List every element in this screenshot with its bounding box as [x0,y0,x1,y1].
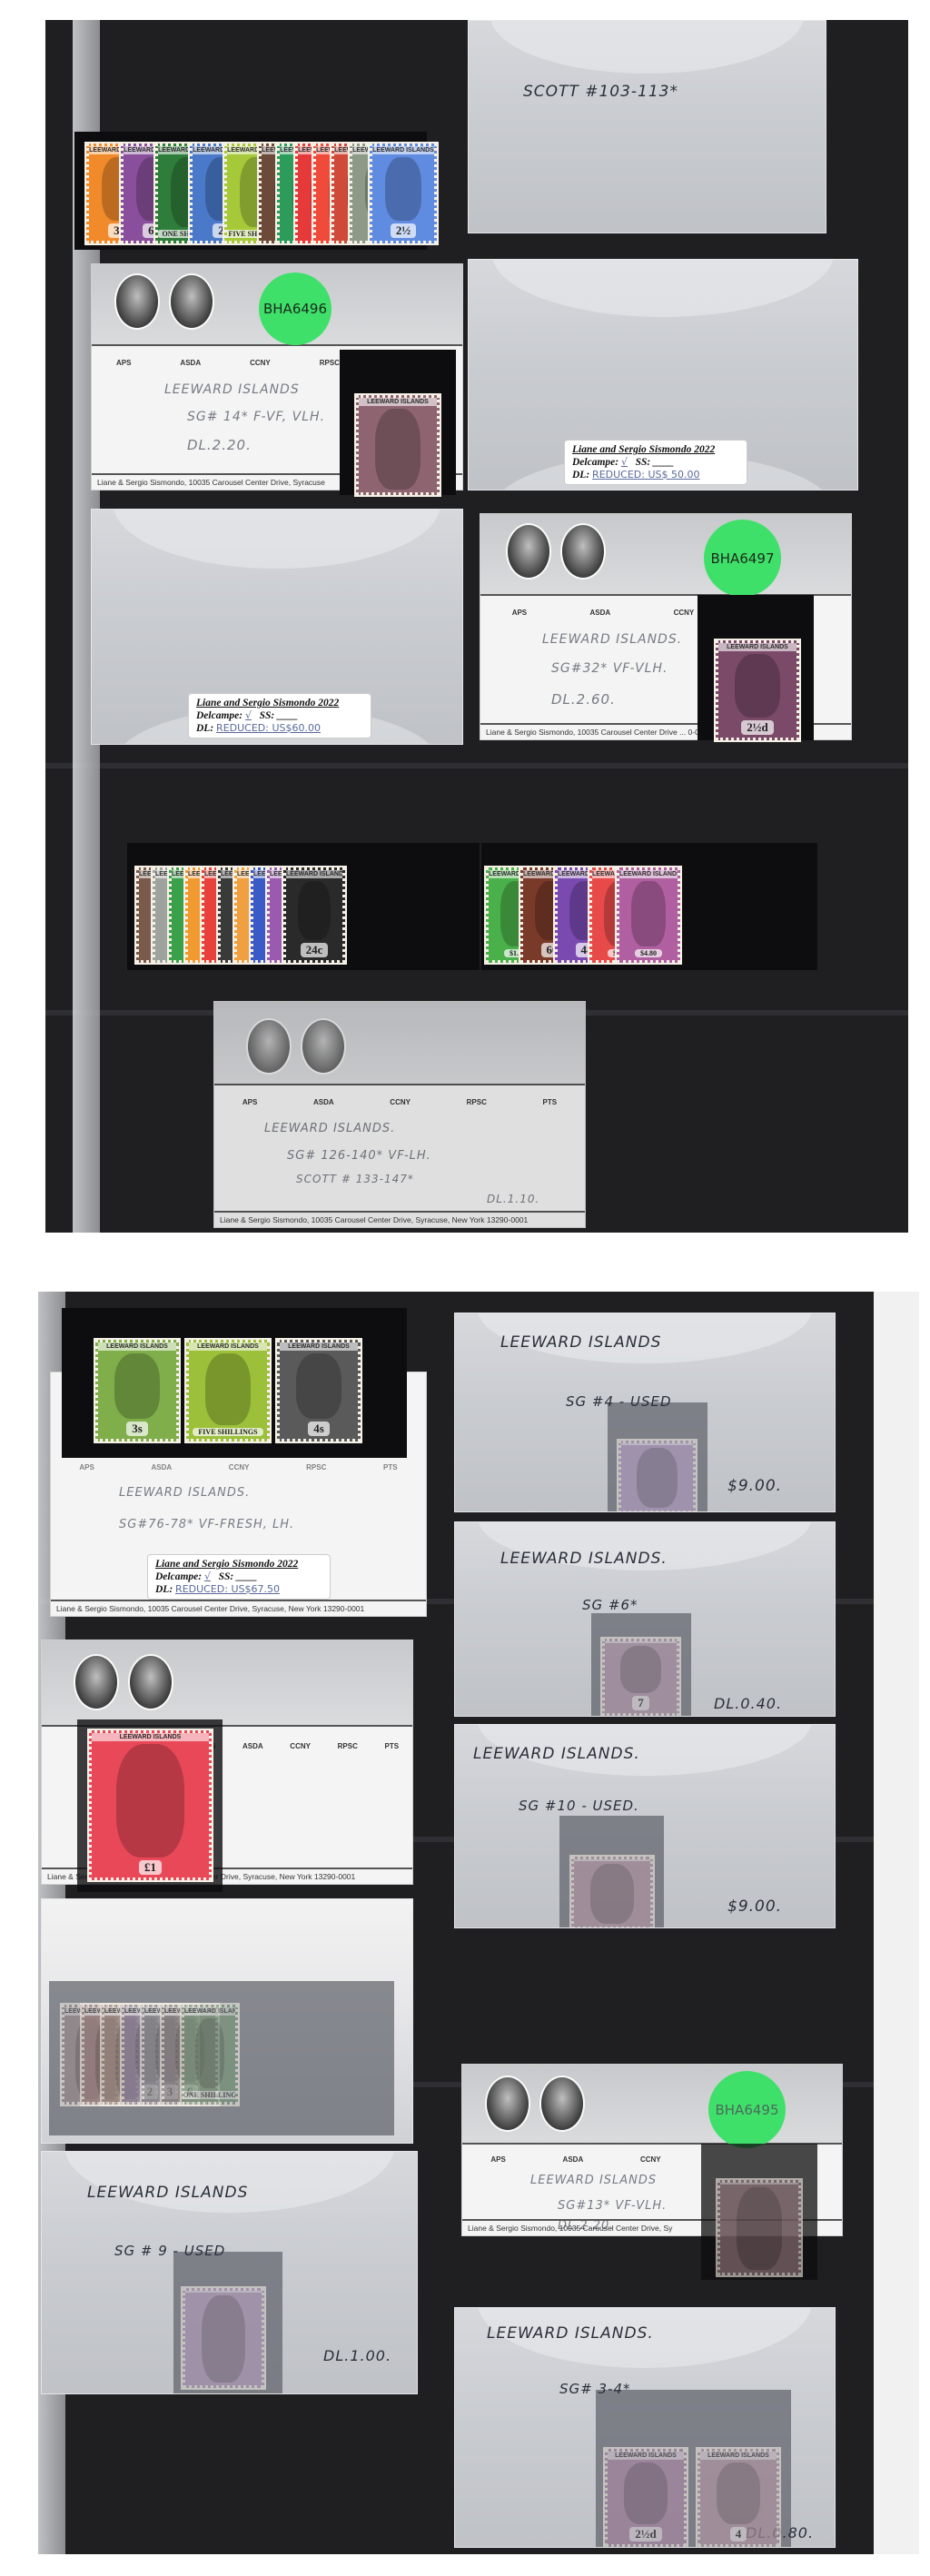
card-footer: Liane & Sergio Sismondo, 10035 Carousel … [51,1600,426,1616]
card-sg126-140[interactable]: APSASDACCNYRPSCPTS LEEWARD ISLANDS. SG# … [213,1001,586,1228]
org-label: APS [512,609,527,617]
price-label: Liane and Sergio Sismondo 2022 Delcampe:… [189,694,371,738]
org-list: APSASDACCNYRPSCPTS [51,1463,426,1471]
org-label: PTS [543,1098,558,1106]
portrait-queen [128,1654,173,1710]
card-line-country: LEEWARD ISLANDS [164,382,300,397]
org-label: CCNY [674,609,695,617]
envelope-line-price: $9.00. [727,1477,782,1495]
card-line-price: DL.2.60. [551,691,616,708]
org-list: APSASDACCNY [480,609,726,617]
org-label: CCNY [229,1463,250,1471]
stamp-sg13[interactable] [717,2180,801,2275]
envelope-line-catalog: SG #10 - USED. [519,1798,639,1814]
org-label: APS [79,1463,94,1471]
card-line-scott: SCOTT # 133-147* [296,1173,414,1185]
envelope-sg4[interactable]: LEEWARD ISLANDS SG #4 - USED $9.00. [454,1313,836,1512]
card-line-price: DL.1.10. [487,1193,539,1205]
envelope-scott-103-113[interactable]: SCOTT #103-113* [468,20,826,233]
stamp[interactable]: LEEWARD ISLANDS2½d [605,2449,687,2547]
card-line-catalog: SG#76-78* VF-FRESH, LH. [119,1518,294,1531]
org-list: APSASDACCNYRPSC [92,359,364,367]
stamp-sg32[interactable]: LEEWARD ISLANDS2½d [716,640,799,740]
portrait-queen [539,2076,585,2132]
envelope-sg6[interactable]: LEEWARD ISLANDS. SG #6* DL.0.40. 7 [454,1521,836,1717]
envelope-note: SCOTT #103-113* [523,83,678,101]
card-line-catalog: SG#13* VF-VLH. [558,2199,667,2213]
org-label: RPSC [467,1098,487,1106]
org-list: APSASDACCNY [462,2155,689,2164]
org-label: CCNY [290,1742,311,1750]
org-label: RPSC [306,1463,326,1471]
portrait-washington [114,273,160,330]
stamp[interactable]: LEEWARD ISLANDS4 [697,2449,779,2547]
stamp-sg6[interactable]: 7 [602,1639,679,1716]
stamp[interactable]: LEEWARD ISLANDSONE SHILLING [182,2005,238,2105]
envelope-line-country: LEEWARD ISLANDS. [487,2324,654,2343]
org-label: PTS [385,1742,400,1750]
org-label: APS [116,359,131,367]
card-line-catalog: SG#32* VF-VLH. [551,661,668,676]
portrait-queen [169,273,214,330]
portrait-queen [301,1018,346,1075]
price-label: Liane and Sergio Sismondo 2022 Delcampe:… [148,1555,330,1599]
org-list: APSASDACCNYRPSCPTS [214,1098,585,1106]
stamp[interactable]: LEEWARD ISLANDS24c [283,867,345,963]
org-label: CCNY [640,2155,661,2164]
envelope-line-country: LEEWARD ISLANDS. [473,1745,640,1763]
org-label: ASDA [563,2155,584,2164]
envelope-line-catalog: SG #6* [582,1597,638,1613]
stamp[interactable]: LEEWARD ISLANDS3s [95,1340,179,1442]
card-line-catalog: SG# 14* F-VF, VLH. [187,410,325,424]
org-label: APS [490,2155,505,2164]
price-label: Liane and Sergio Sismondo 2022 Delcampe:… [565,441,747,484]
stamp-pound[interactable]: LEEWARD ISLANDS£1 [89,1730,212,1880]
card-line-country: LEEWARD ISLANDS. [119,1486,250,1500]
page-edge-right [874,1292,919,2554]
stamp-sg14[interactable]: LEEWARD ISLANDS [356,395,440,495]
card-line-country: LEEWARD ISLANDS [530,2174,657,2187]
org-label: APS [242,1098,257,1106]
stamp[interactable]: LEEWARD ISLANDS$4.80 [617,867,680,963]
envelope-line-catalog: SG# 3-4* [559,2381,630,2397]
envelope-line-catalog: SG # 9 - USED [114,2243,225,2259]
org-label: CCNY [390,1098,411,1106]
org-label: PTS [383,1463,398,1471]
envelope-line-price: DL.1.00. [323,2347,391,2364]
portrait-washington [485,2076,530,2132]
inventory-sticker: BHA6496 [259,272,331,345]
stamp[interactable]: LEEWARD ISLANDS4s [277,1340,361,1442]
portrait-queen [560,523,606,580]
org-label: ASDA [313,1098,334,1106]
stamp[interactable]: LEEWARD ISLANDSFIVE SHILLINGS [186,1340,270,1442]
org-label: ASDA [242,1742,263,1750]
envelope-sg9[interactable]: LEEWARD ISLANDS SG # 9 - USED DL.1.00. [41,2151,418,2394]
card-line-country: LEEWARD ISLANDS. [542,632,682,647]
stamp[interactable]: LEEWARD ISLANDS2½ [370,144,437,243]
org-label: RPSC [320,359,340,367]
portrait-washington [74,1654,119,1710]
envelope-line-catalog: SG #4 - USED [566,1393,672,1410]
org-label: ASDA [151,1463,172,1471]
inventory-sticker: BHA6497 [704,520,781,597]
inventory-sticker: BHA6495 [708,2071,786,2148]
portrait-washington [246,1018,292,1075]
card-footer: Liane & Sergio Sismondo, 10035 Carousel … [214,1211,585,1227]
org-label: RPSC [338,1742,358,1750]
envelope-sg3-4[interactable]: LEEWARD ISLANDS. SG# 3-4* DL.0.80. LEEWA… [454,2307,836,2548]
envelope-line-country: LEEWARD ISLANDS [87,2184,248,2202]
envelope-line-country: LEEWARD ISLANDS [500,1333,661,1352]
org-label: ASDA [590,609,611,617]
portrait-washington [506,523,551,580]
envelope-sg10[interactable]: LEEWARD ISLANDS. SG #10 - USED. $9.00. [454,1724,836,1928]
org-label: ASDA [180,359,201,367]
stamp-sg10[interactable] [571,1857,653,1928]
card-line-country: LEEWARD ISLANDS. [264,1122,395,1135]
envelope-line-country: LEEWARD ISLANDS. [500,1550,668,1568]
stamp-sg4[interactable] [618,1441,696,1512]
org-label: CCNY [250,359,271,367]
card-line-catalog: SG# 126-140* VF-LH. [287,1149,431,1163]
stamp-sg9[interactable] [183,2288,264,2388]
envelope-line-price: $9.00. [727,1897,782,1916]
envelope-line-price: DL.0.40. [714,1695,782,1712]
card-line-price: DL.2.20. [187,437,252,453]
